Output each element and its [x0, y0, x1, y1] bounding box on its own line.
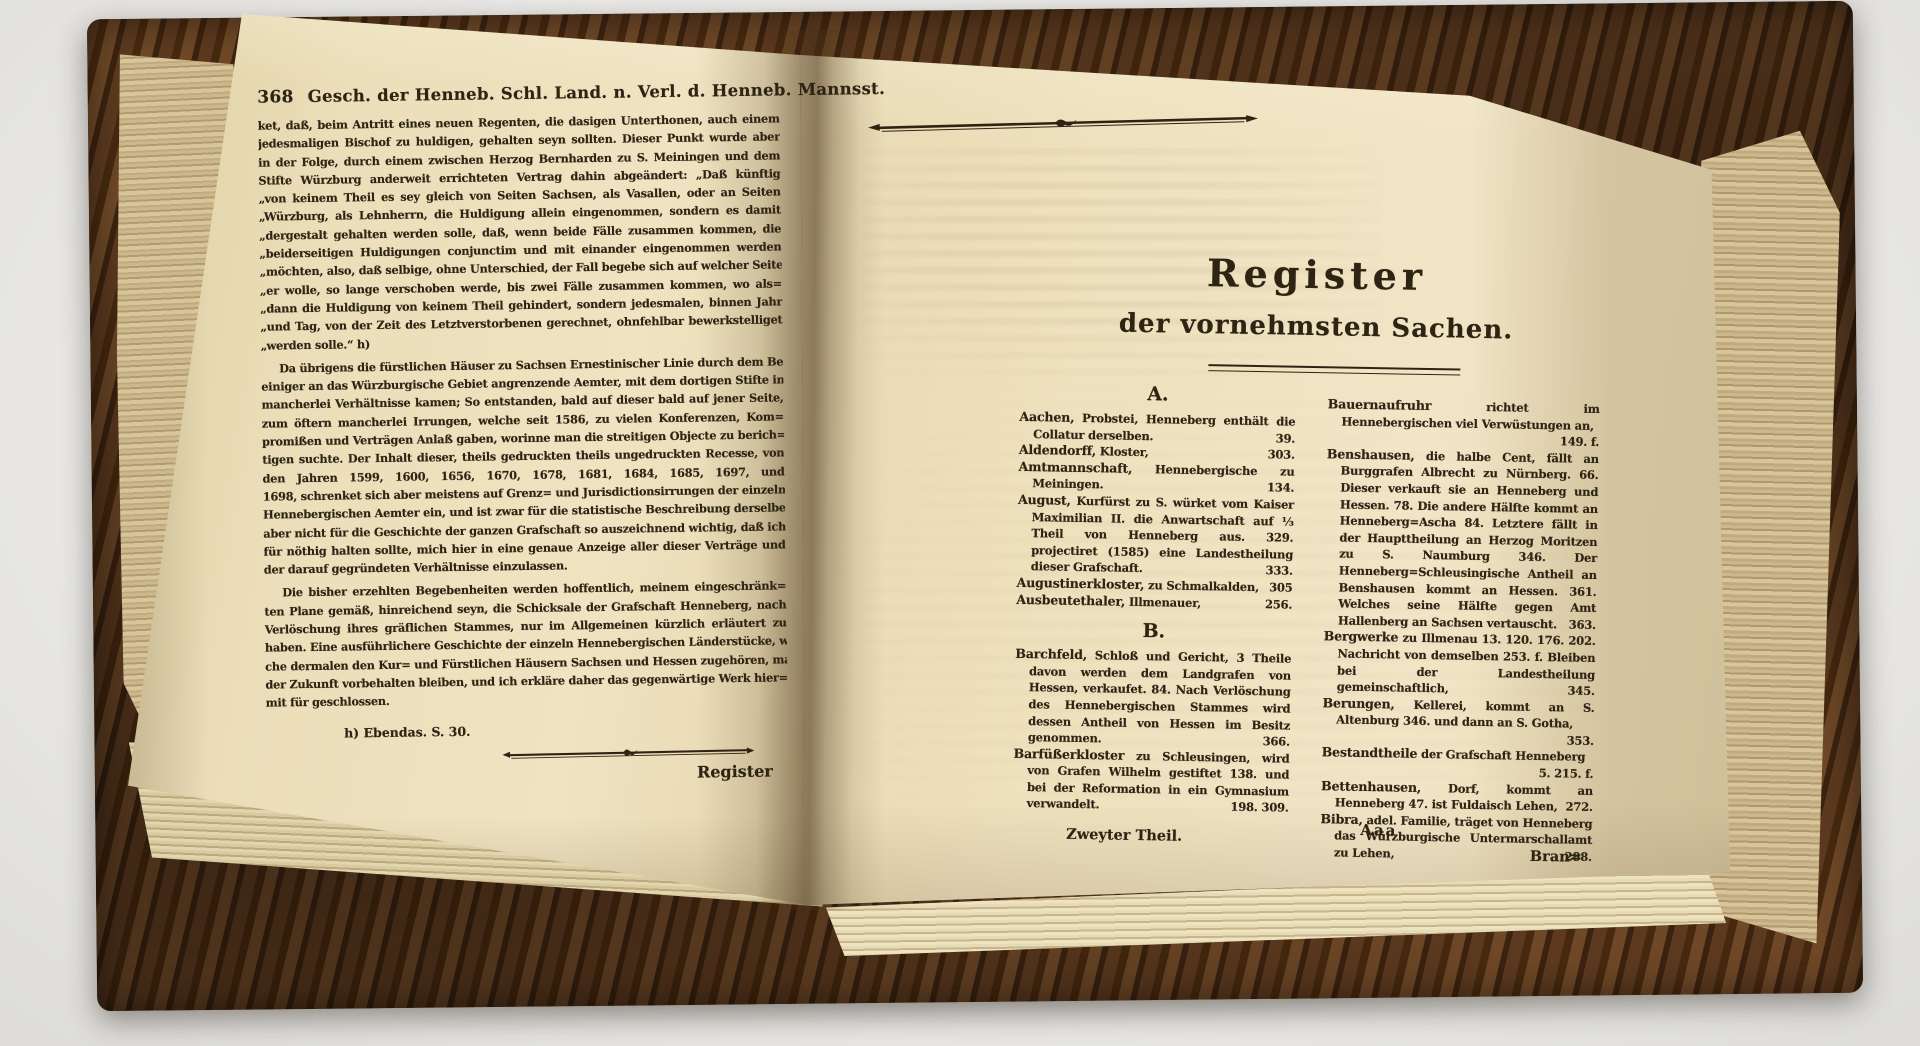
entry-headword: Berungen,: [1322, 695, 1394, 711]
footnote: h) Ebendas. S. 30.: [266, 719, 788, 741]
entry-text: zu Schmalkalden,: [1148, 578, 1259, 594]
entry-headword: Bergwerke: [1324, 629, 1399, 645]
body-paragraph: Da übrigens die fürstlichen Häuser zu Sa…: [261, 352, 786, 579]
index-entry: Barfüßerkloster zu Schleusingen, wird vo…: [1013, 746, 1290, 817]
page-number: 368: [257, 87, 294, 108]
entry-headword: Bibra,: [1320, 811, 1362, 827]
index-column-right: Bauernaufruhr richtet im Hennebergischen…: [1320, 396, 1600, 865]
entry-page-number: 134.: [1267, 480, 1295, 497]
section-heading-b: B.: [1016, 618, 1292, 645]
entry-headword: Bauernaufruhr: [1328, 396, 1432, 413]
entry-headword: Aachen,: [1019, 409, 1074, 425]
index-entry: Berungen, Kellerei, kommt an S. Altenbur…: [1322, 695, 1595, 750]
section-heading-a: A.: [1020, 381, 1296, 408]
body-paragraph: Die bisher erzehlten Begebenheiten werde…: [264, 577, 788, 712]
entry-headword: Barfüßerkloster: [1013, 746, 1124, 763]
entry-text: Schloß und Gericht, 3 Theile davon werde…: [1028, 648, 1292, 745]
entry-page-number: 305: [1269, 579, 1293, 596]
signature-mark-gathering: Aaa: [1360, 821, 1397, 840]
tailpiece-ornament-rule: [502, 744, 754, 762]
index-column-left: A. Aachen, Probstei, Henneberg enthält d…: [1013, 381, 1296, 817]
entry-page-number: 366.: [1262, 733, 1290, 750]
entry-page-number: 5. 215. f.: [1539, 765, 1594, 783]
entry-text: der Grafschaft Henneberg: [1421, 747, 1585, 764]
entry-page-number: 303.: [1267, 446, 1295, 463]
entry-page-number: 363.: [1569, 616, 1597, 633]
register-title: Register: [1012, 247, 1623, 303]
photo-of-open-book: 368Gesch. der Henneb. Schl. Land. n. Ver…: [0, 0, 1920, 1046]
index-entry: Bauernaufruhr richtet im Hennebergischen…: [1327, 396, 1600, 451]
index-entry: Barchfeld, Schloß und Gericht, 3 Theile …: [1014, 646, 1292, 750]
title-divider-rule: [1208, 364, 1460, 375]
right-page-content: Register der vornehmsten Sachen. A. Aach…: [1001, 99, 1625, 910]
index-entry: Bestandtheile der Grafschaft Henneberg 5…: [1321, 745, 1594, 783]
entry-headword: Bettenhausen,: [1321, 778, 1421, 795]
entry-headword: Augustinerkloster,: [1016, 575, 1144, 592]
entry-headword: Amtmannschaft,: [1018, 459, 1132, 476]
entry-headword: Barchfeld,: [1015, 646, 1087, 662]
entry-page-number: 39.: [1276, 430, 1296, 447]
entry-headword: Aldendorff,: [1019, 442, 1096, 458]
index-entry: Aachen, Probstei, Henneberg enthält die …: [1019, 409, 1296, 447]
entry-page-number: 345.: [1567, 683, 1595, 700]
entry-headword: Ausbeutethaler,: [1016, 591, 1125, 608]
left-page-content: 368Gesch. der Henneb. Schl. Land. n. Ver…: [257, 80, 789, 787]
entry-page-number: 353.: [1567, 732, 1595, 749]
entry-page-number: 333.: [1265, 563, 1293, 580]
entry-text: Illmenauer,: [1129, 594, 1201, 609]
index-entry: Benshausen, die halbe Cent, fällt an Bur…: [1324, 446, 1599, 633]
register-subtitle: der vornehmsten Sachen.: [1011, 307, 1621, 348]
entry-headword: Bestandtheile: [1322, 745, 1418, 762]
index-entry: Bettenhausen, Dorf, kommt an Henneberg 4…: [1321, 778, 1594, 816]
body-paragraph: ket, daß, beim Antritt eines neuen Regen…: [258, 109, 783, 354]
entry-page-number: 149. f.: [1560, 433, 1599, 450]
catchword: Bran=: [1530, 848, 1582, 866]
entry-page-number: 256.: [1265, 596, 1293, 613]
entry-page-number: 198. 309.: [1230, 799, 1289, 817]
entry-page-number: 272.: [1565, 799, 1593, 816]
entry-text: Kurfürst zu S. würket vom Kaiser Maximil…: [1031, 494, 1294, 576]
signature-mark-volume: Zweyter Theil.: [1066, 826, 1182, 845]
entry-text: die halbe Cent, fällt an Burggrafen Albr…: [1338, 449, 1599, 631]
index-entry: Bergwerke zu Illmenau 13. 120. 176. 202.…: [1323, 629, 1596, 700]
entry-text: Kloster,: [1100, 444, 1149, 459]
entry-headword: August,: [1018, 492, 1071, 508]
entry-headword: Benshausen,: [1327, 446, 1415, 463]
index-entry: August, Kurfürst zu S. würket vom Kaiser…: [1017, 492, 1294, 580]
index-entry: Amtmannschaft, Hennebergische zu Meining…: [1018, 459, 1295, 497]
